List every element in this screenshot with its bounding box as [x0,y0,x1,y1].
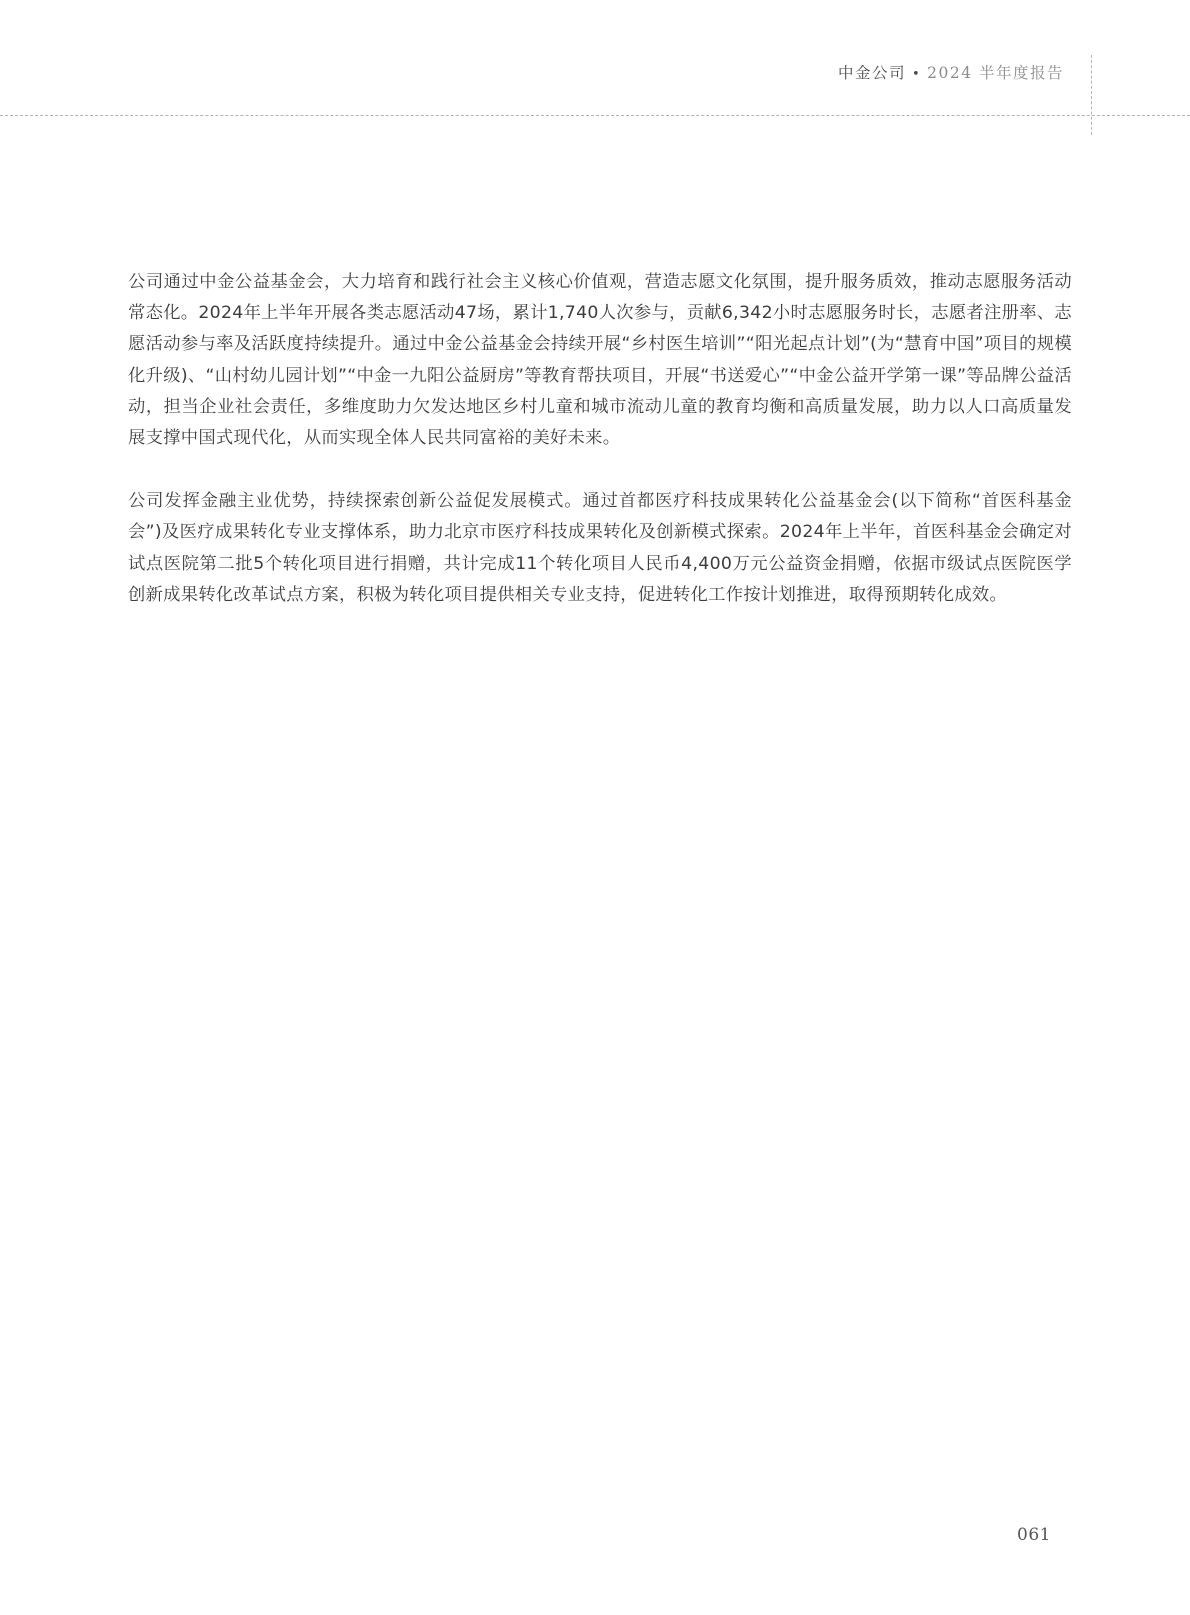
header-report-title: 2024 半年度报告 [927,64,1064,82]
paragraph-volunteer-activities: 公司通过中金公益基金会，大力培育和践行社会主义核心价值观，营造志愿文化氛围，提升… [128,267,1072,454]
page-number: 061 [1017,1525,1051,1545]
header-separator-dot: • [912,67,921,82]
body-text: 公司通过中金公益基金会，大力培育和践行社会主义核心价值观，营造志愿文化氛围，提升… [128,267,1072,643]
header-company-name: 中金公司 [838,64,906,82]
paragraph-medical-transformation: 公司发挥金融主业优势，持续探索创新公益促发展模式。通过首都医疗科技成果转化公益基… [128,486,1072,611]
running-header: 中金公司•2024 半年度报告 [838,62,1064,86]
header-dashed-rule [0,115,1190,116]
header-vertical-dashed-rule [1091,55,1092,135]
